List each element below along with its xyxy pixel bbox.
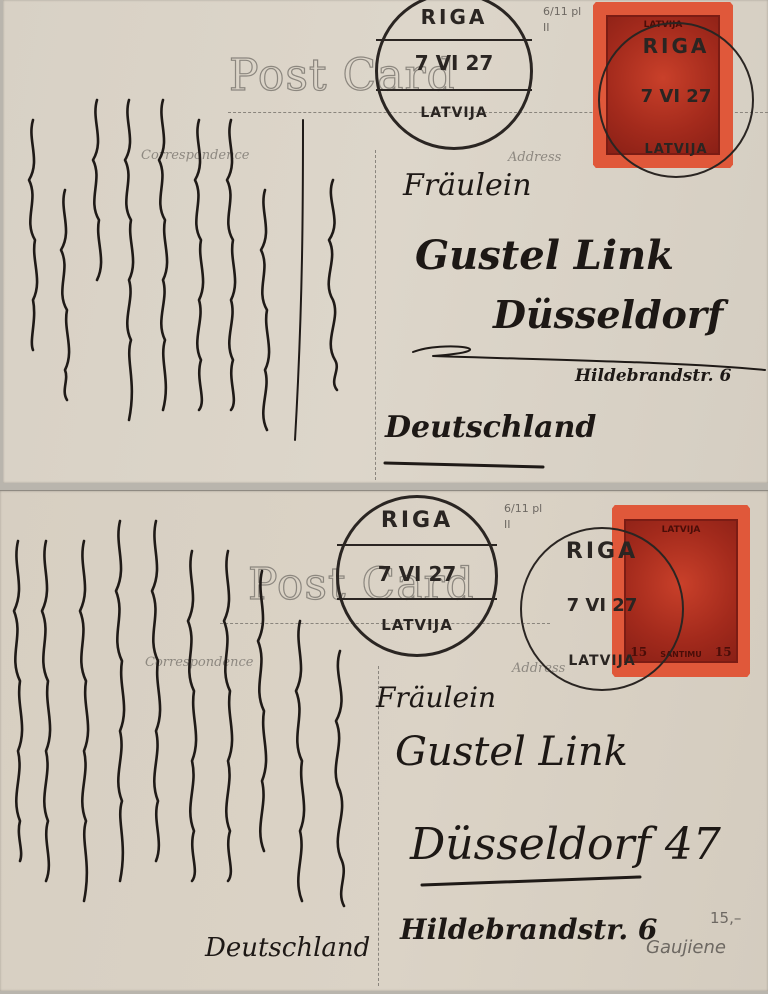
- address-name: Gustel Link: [395, 729, 628, 775]
- postmark-city: RIGA: [378, 5, 530, 29]
- address-city: Düsseldorf: [493, 292, 723, 337]
- country-underline: [383, 455, 583, 475]
- handwritten-message: [3, 80, 375, 480]
- address-street: Hildebrandstr. 6: [400, 913, 657, 946]
- postmark-city: RIGA: [600, 34, 752, 58]
- postmark-date: 7 VI 27: [378, 51, 530, 75]
- postmark-city: RIGA: [522, 539, 682, 564]
- address-underline: [420, 871, 650, 891]
- postmark-band: [376, 39, 532, 41]
- address-salutation: Fräulein: [403, 168, 532, 203]
- riga-postmark-on-stamp: RIGA 7 VI 27 LATVIJA: [598, 22, 754, 178]
- address-label: Address: [508, 150, 561, 165]
- postmark-date: 7 VI 27: [600, 86, 752, 107]
- postmark-country: LATVIJA: [378, 105, 530, 121]
- address-salutation: Fräulein: [376, 681, 496, 714]
- stamp-country: LATVIJA: [626, 525, 735, 535]
- address-country: Deutschland: [385, 410, 596, 445]
- pencil-price-note: 15,–: [710, 909, 741, 927]
- address-name: Gustel Link: [415, 232, 674, 279]
- center-divider: [375, 150, 376, 480]
- postcard-1: Post Card Correspondence Address 6/11 pl…: [3, 0, 768, 483]
- address-city: Düsseldorf 47: [410, 819, 721, 870]
- riga-postmark-on-stamp: RIGA 7 VI 27 LATVIJA: [520, 527, 684, 691]
- address-street: Hildebrandstr. 6: [575, 366, 731, 386]
- postmark-date: 7 VI 27: [522, 595, 682, 616]
- postmark-band: [376, 89, 532, 91]
- handwritten-message: [0, 511, 378, 981]
- postmark-country: LATVIJA: [522, 653, 682, 669]
- pencil-seller-note: Gaujiene: [646, 937, 726, 958]
- stamp-value-right: 15: [715, 645, 732, 659]
- riga-postmark: RIGA 7 VI 27 LATVIJA: [375, 0, 533, 150]
- pencil-catalog-note: 6/11 pl II: [504, 501, 544, 533]
- center-divider: [378, 666, 379, 986]
- pencil-catalog-note: 6/11 pl II: [543, 4, 583, 36]
- postmark-country: LATVIJA: [600, 142, 752, 157]
- postcard-2: Post Card Correspondence Address 6/11 pl…: [0, 490, 768, 991]
